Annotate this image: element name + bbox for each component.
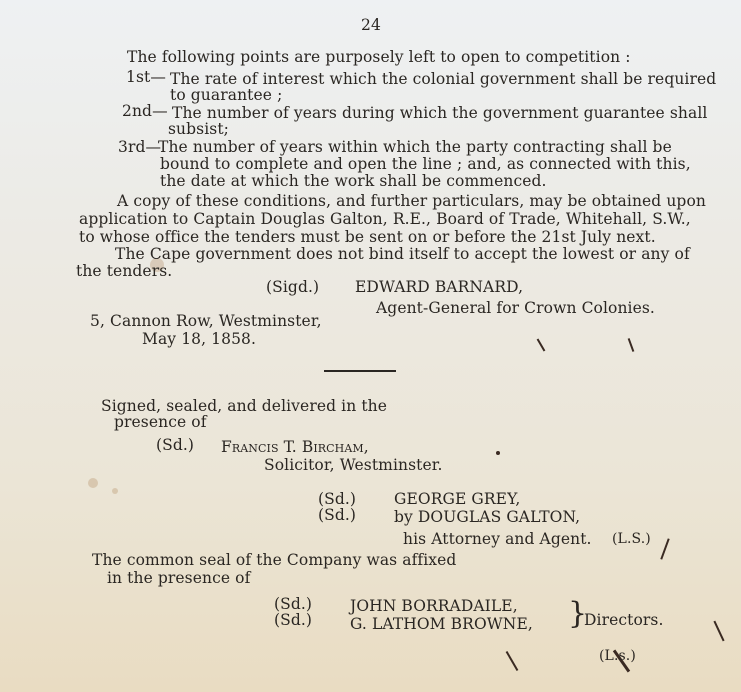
section-divider [324, 370, 396, 372]
point-text: subsist; [168, 120, 229, 138]
ink-mark [628, 338, 635, 352]
point-text: The number of years during which the gov… [172, 104, 707, 122]
cape-text: the tenders. [76, 262, 172, 280]
point-label: 1st— [126, 68, 166, 86]
ink-mark [713, 621, 724, 642]
page-number: 24 [361, 16, 381, 34]
copy-text: to whose office the tenders must be sent… [79, 228, 656, 246]
signatory-name: EDWARD BARNARD, [355, 278, 523, 296]
ink-mark [506, 651, 519, 671]
point-text: bound to complete and open the line ; an… [160, 155, 691, 173]
sig-prefix: (Sd.) [274, 611, 312, 629]
sig-prefix: (Sd.) [156, 436, 194, 454]
witness-name: Francis T. Bircham, [221, 438, 369, 456]
point-text: The number of years within which the par… [158, 138, 672, 156]
point-text: the date at which the work shall be comm… [160, 172, 547, 190]
document-page: 24 The following points are purposely le… [0, 0, 741, 692]
signatory-name: GEORGE GREY, [394, 490, 520, 508]
point-text: to guarantee ; [170, 86, 282, 104]
director-name: G. LATHOM BROWNE, [350, 615, 533, 633]
sig-prefix: (Sigd.) [266, 278, 319, 296]
witness-text: presence of [114, 413, 207, 431]
ink-dot [496, 451, 500, 455]
point-label: 2nd— [122, 102, 168, 120]
signatory-title: his Attorney and Agent. [403, 530, 592, 548]
seal-mark: (L.S.) [612, 530, 651, 548]
date-line: May 18, 1858. [142, 330, 256, 348]
signatory-title: Agent-General for Crown Colonies. [376, 299, 655, 317]
ink-mark [660, 538, 669, 559]
cape-text: The Cape government does not bind itself… [115, 245, 690, 263]
director-name: JOHN BORRADAILE, [350, 597, 518, 615]
seal-mark: (L.s.) [599, 647, 636, 665]
stain [88, 478, 98, 488]
ink-mark [537, 338, 546, 351]
sig-prefix: (Sd.) [318, 506, 356, 524]
company-seal-text: in the presence of [107, 569, 250, 587]
signatory-name: by DOUGLAS GALTON, [394, 508, 580, 526]
point-label: 3rd— [118, 138, 161, 156]
directors-label: Directors. [584, 611, 664, 629]
copy-text: application to Captain Douglas Galton, R… [79, 210, 691, 228]
company-seal-text: The common seal of the Company was affix… [92, 551, 456, 569]
stain [112, 488, 118, 494]
address-line: 5, Cannon Row, Westminster, [90, 312, 322, 330]
intro-text: The following points are purposely left … [127, 48, 631, 66]
witness-title: Solicitor, Westminster. [264, 456, 443, 474]
copy-text: A copy of these conditions, and further … [117, 192, 706, 210]
